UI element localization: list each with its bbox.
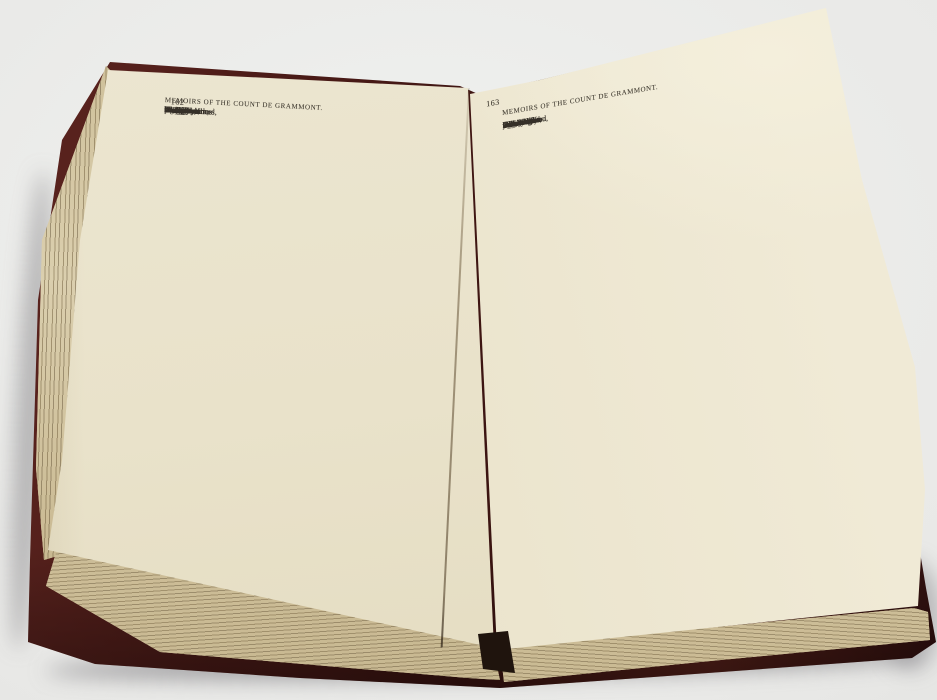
text-line: himself came to her lodgings attended by… [164, 105, 201, 118]
book-photo: 162 MEMOIRS OF THE COUNT DE GRAMMONT. tw… [0, 0, 937, 700]
